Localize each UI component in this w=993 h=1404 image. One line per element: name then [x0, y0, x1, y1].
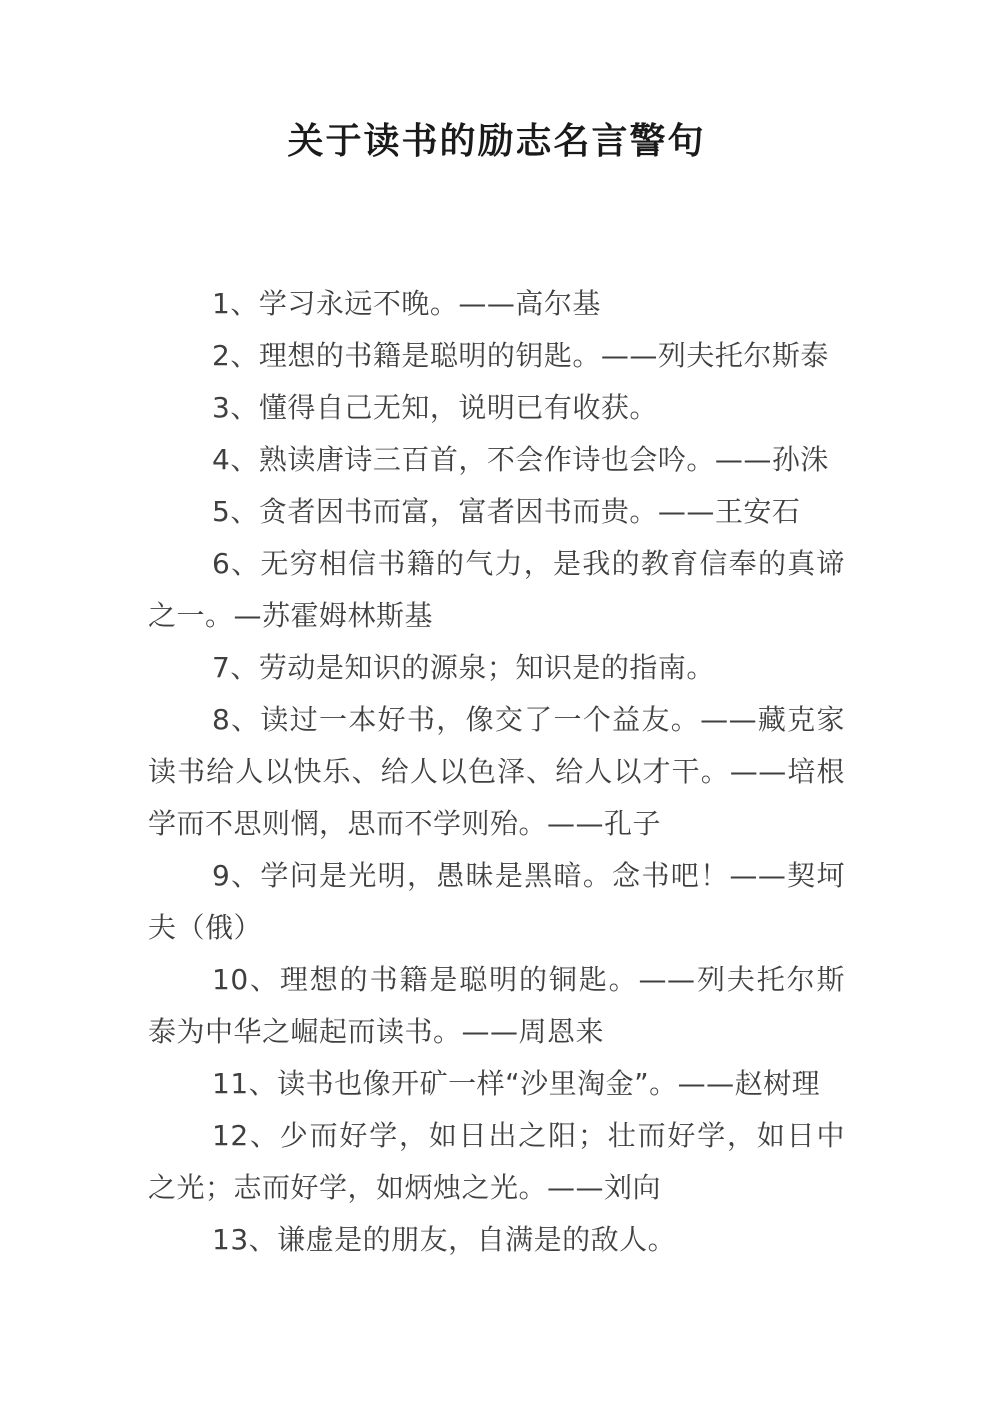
document-title: 关于读书的励志名言警句	[148, 0, 845, 168]
quote-paragraph-11: 11、读书也像开矿一样“沙里淘金”。——赵树理	[148, 1058, 845, 1110]
quote-paragraph-4: 4、熟读唐诗三百首，不会作诗也会吟。——孙洙	[148, 434, 845, 486]
quote-paragraph-8: 8、读过一本好书，像交了一个益友。——藏克家读书给人以快乐、给人以色泽、给人以才…	[148, 694, 845, 850]
quote-paragraph-7: 7、劳动是知识的源泉；知识是的指南。	[148, 642, 845, 694]
quote-paragraph-9: 9、学问是光明，愚昧是黑暗。念书吧！——契坷夫（俄）	[148, 850, 845, 954]
quote-list: 1、学习永远不晚。——高尔基 2、理想的书籍是聪明的钥匙。——列夫托尔斯泰 3、…	[148, 278, 845, 1266]
document-page: 关于读书的励志名言警句 1、学习永远不晚。——高尔基 2、理想的书籍是聪明的钥匙…	[0, 0, 993, 1404]
quote-paragraph-6: 6、无穷相信书籍的气力，是我的教育信奉的真谛之一。—苏霍姆林斯基	[148, 538, 845, 642]
quote-paragraph-2: 2、理想的书籍是聪明的钥匙。——列夫托尔斯泰	[148, 330, 845, 382]
quote-paragraph-5: 5、贪者因书而富，富者因书而贵。——王安石	[148, 486, 845, 538]
quote-paragraph-10: 10、理想的书籍是聪明的铜匙。——列夫托尔斯泰为中华之崛起而读书。——周恩来	[148, 954, 845, 1058]
quote-paragraph-12: 12、少而好学，如日出之阳；壮而好学，如日中之光；志而好学，如炳烛之光。——刘向	[148, 1110, 845, 1214]
quote-paragraph-1: 1、学习永远不晚。——高尔基	[148, 278, 845, 330]
quote-paragraph-3: 3、懂得自己无知，说明已有收获。	[148, 382, 845, 434]
quote-paragraph-13: 13、谦虚是的朋友，自满是的敌人。	[148, 1214, 845, 1266]
